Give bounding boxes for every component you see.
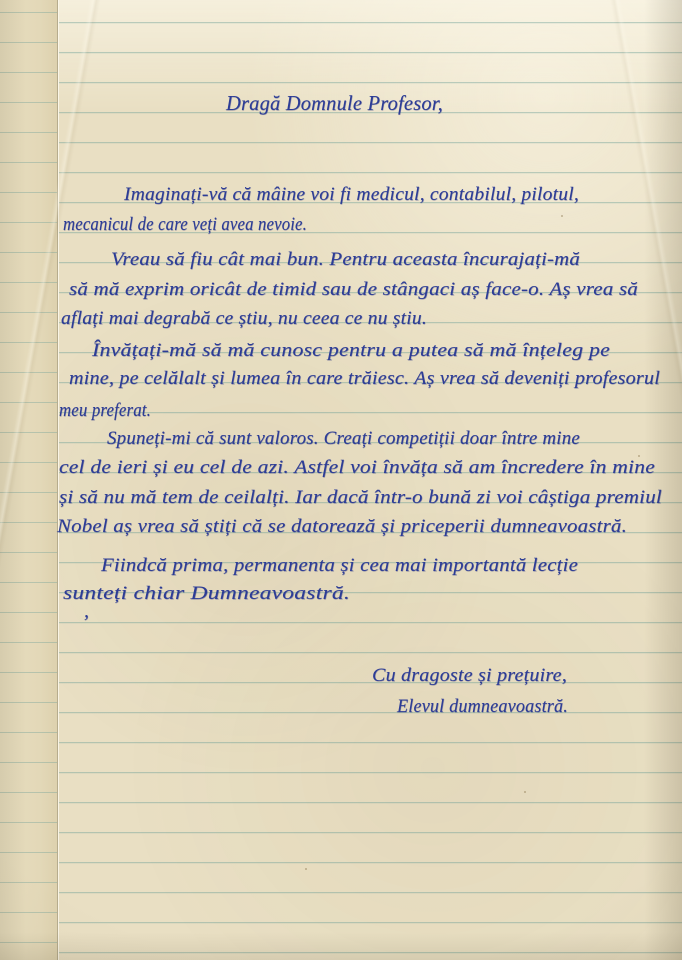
body-line: Vreau să fiu cât mai bun. Pentru aceasta… — [111, 247, 580, 273]
paper-speck — [638, 455, 640, 457]
paper-speck — [305, 868, 307, 870]
body-line: sunteți chiar Dumneavoastră. — [63, 581, 350, 607]
body-line: meu preferat. — [59, 398, 151, 424]
body-line: aflați mai degrabă ce știu, nu ceea ce n… — [61, 306, 427, 332]
body-line: Nobel aș vrea să știți că se datorează ș… — [57, 514, 627, 540]
body-line: Spuneți-mi că sunt valoros. Creați compe… — [107, 426, 580, 452]
body-line: și să nu mă tem de ceilalți. Iar dacă în… — [59, 485, 662, 511]
body-line: cel de ieri și eu cel de azi. Astfel voi… — [59, 455, 655, 481]
body-line: să mă exprim oricât de timid sau de stân… — [69, 277, 638, 303]
closing-line: Cu dragoste și prețuire, — [372, 663, 567, 689]
underlying-page-edge — [0, 0, 58, 960]
signature-line: Elevul dumneavoastră. — [397, 694, 568, 720]
salutation-line: Dragă Domnule Profesor, — [226, 90, 443, 116]
body-line: Fiindcă prima, permanenta și cea mai imp… — [101, 553, 578, 579]
stray-ink-mark: , — [84, 598, 89, 624]
body-line: mine, pe celălalt și lumea în care trăie… — [69, 366, 660, 392]
paper-speck — [524, 791, 526, 793]
body-line: mecanicul de care veți avea nevoie. — [63, 212, 307, 238]
body-line: Imaginați-vă că mâine voi fi medicul, co… — [124, 182, 579, 208]
letter-photo: Dragă Domnule Profesor, Imaginați-vă că … — [0, 0, 682, 960]
body-line: Învățați-mă să mă cunosc pentru a putea … — [92, 338, 610, 364]
paper-speck — [561, 215, 563, 217]
